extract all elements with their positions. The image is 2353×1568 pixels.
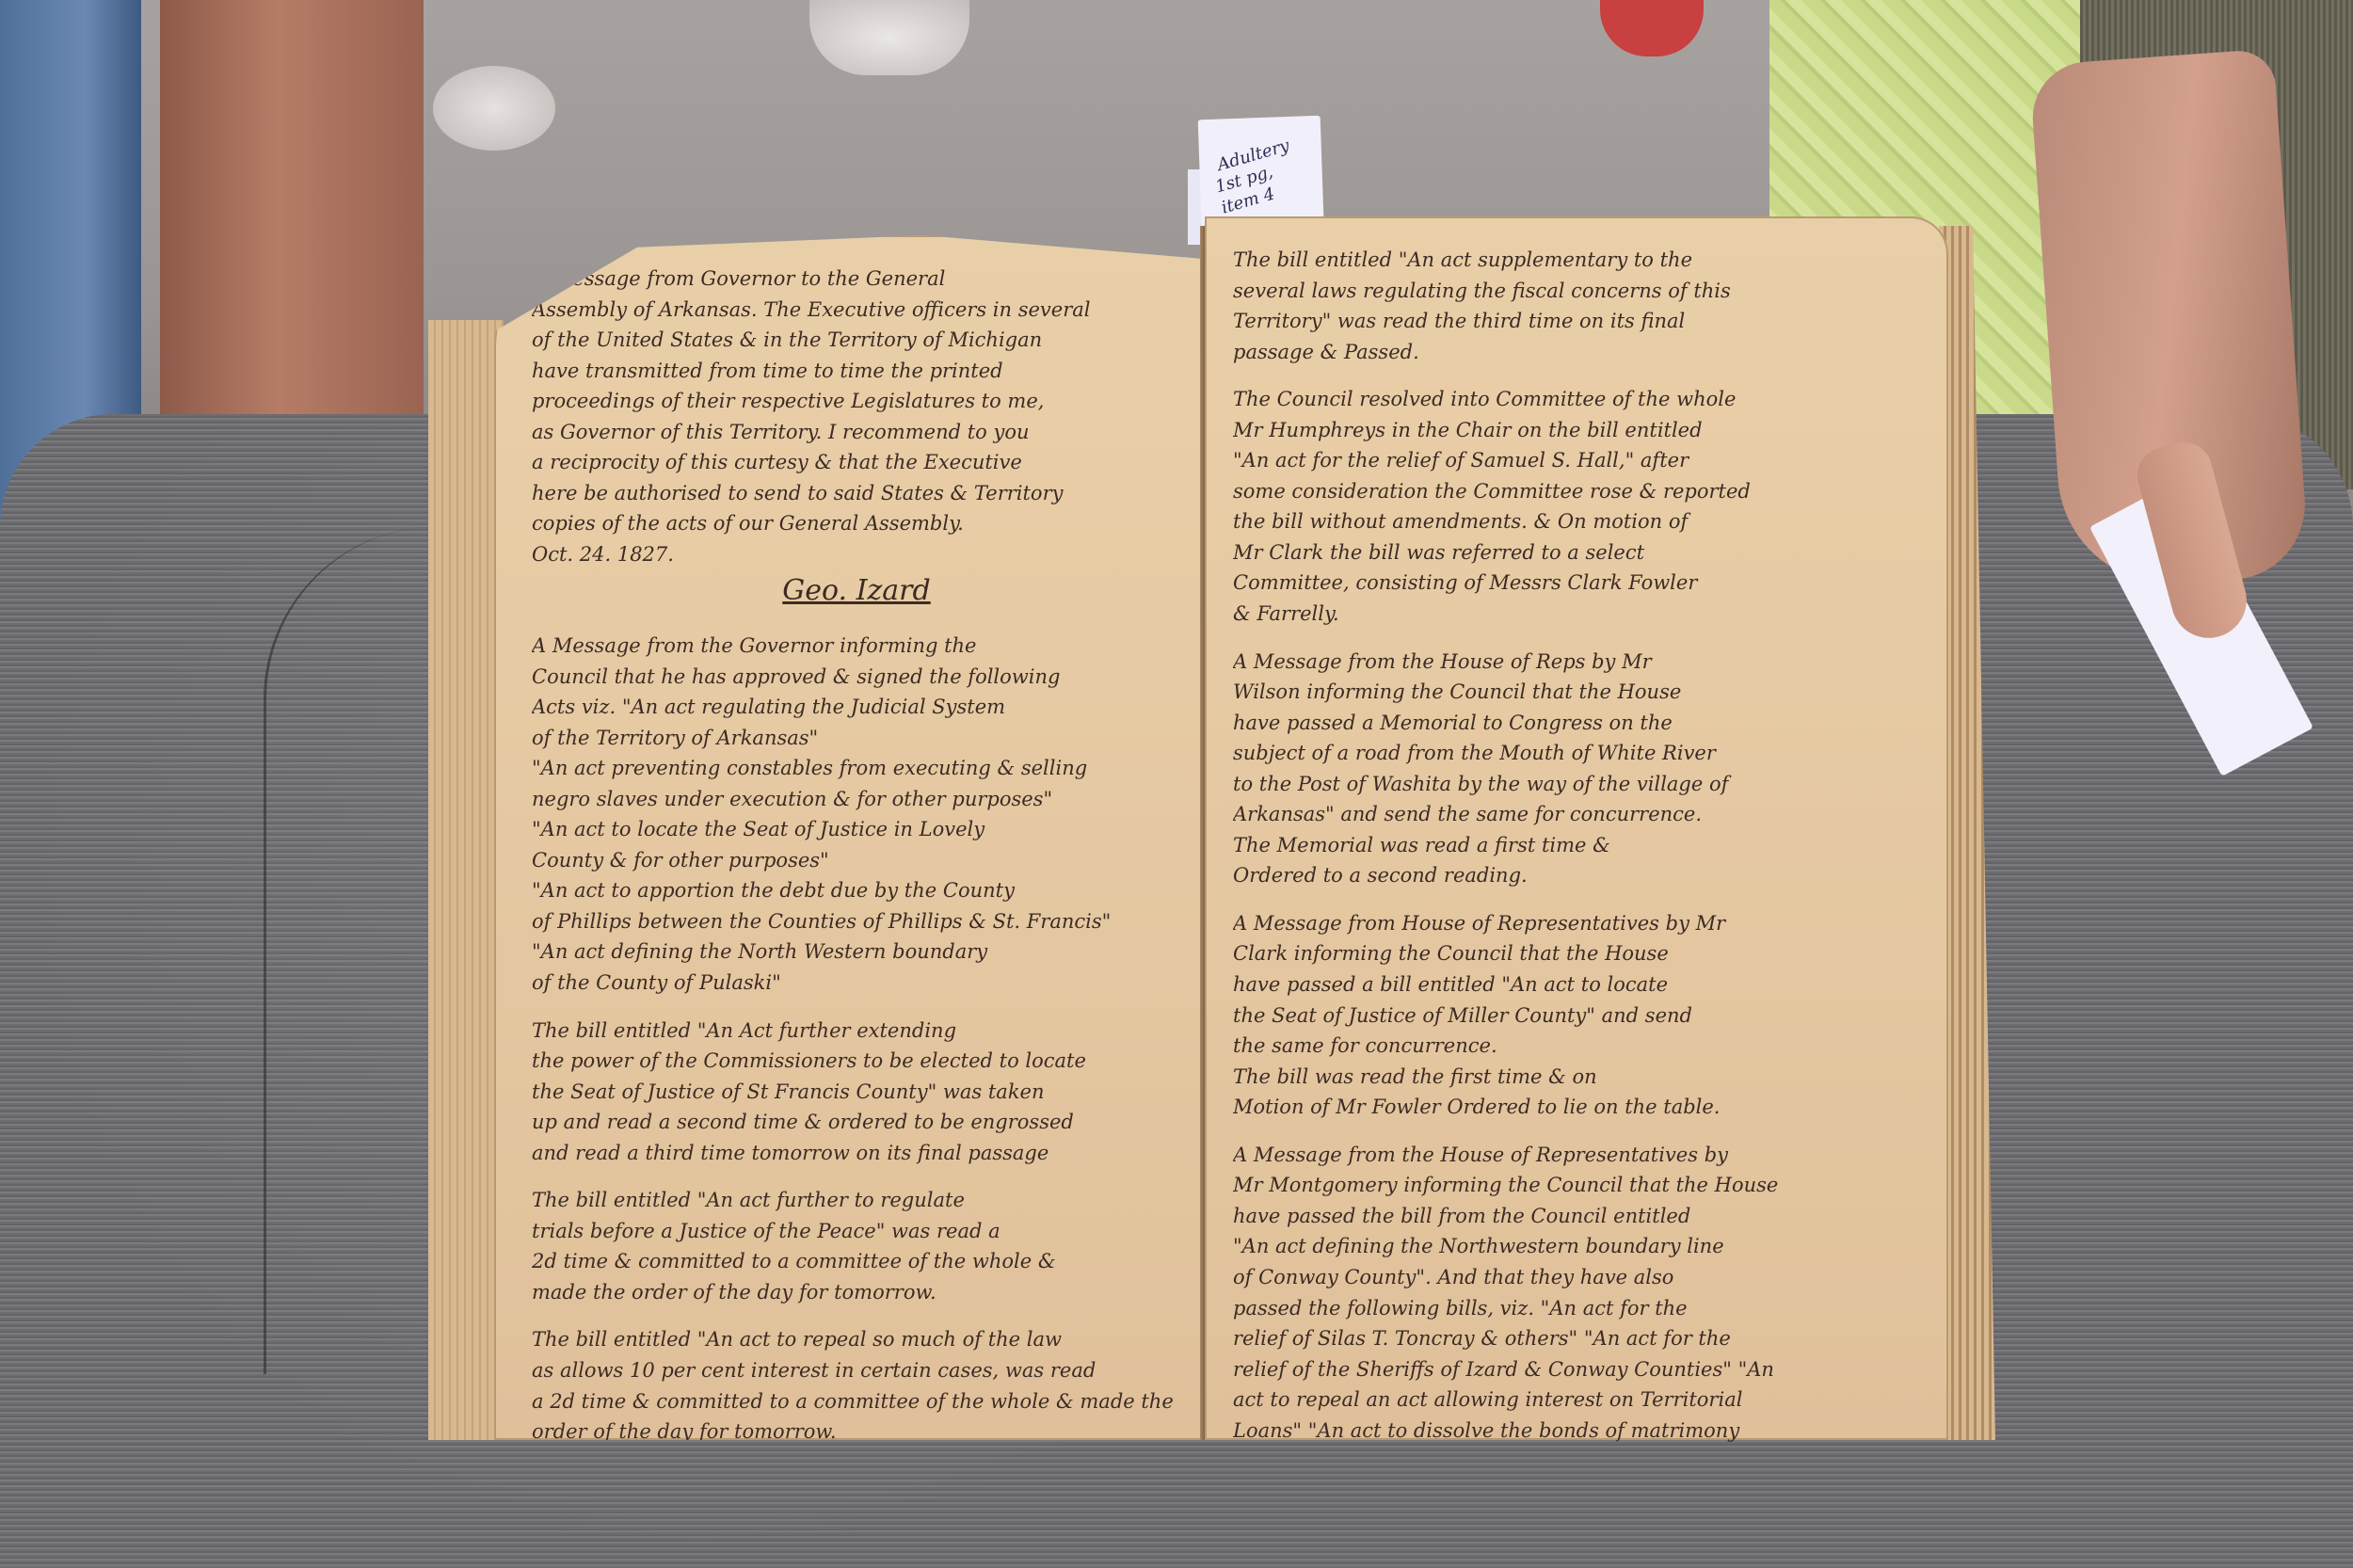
handwritten-line: A Message from the House of Reps by Mr (1233, 647, 1920, 678)
handwritten-line: & Farrelly. (1233, 599, 1920, 630)
handwritten-line: of the United States & in the Territory … (532, 325, 1181, 356)
handwritten-line: act to repeal an act allowing interest o… (1233, 1384, 1920, 1416)
handwritten-line: The bill was read the first time & on (1233, 1062, 1920, 1093)
handwritten-line: the bill without amendments. & On motion… (1233, 506, 1920, 537)
handwritten-line: Ordered to a second reading. (1233, 860, 1920, 891)
handwritten-line: A Message from the Governor informing th… (532, 631, 1181, 662)
handwritten-line: the power of the Commissioners to be ele… (532, 1046, 1181, 1077)
handwritten-line: of the Territory of Arkansas" (532, 723, 1181, 754)
handwritten-line: Mr Clark the bill was referred to a sele… (1233, 537, 1920, 568)
handwritten-line: A Message from House of Representatives … (1233, 908, 1920, 939)
handwritten-line: to the Post of Washita by the way of the… (1233, 769, 1920, 800)
journal-entry: The bill entitled "An act to repeal so m… (532, 1324, 1181, 1447)
handwritten-line: proceedings of their respective Legislat… (532, 386, 1181, 417)
journal-entry: The bill entitled "An act supplementary … (1233, 245, 1920, 367)
journal-entry: The bill entitled "An Act further extend… (532, 1016, 1181, 1169)
handwritten-line: Motion of Mr Fowler Ordered to lie on th… (1233, 1092, 1920, 1123)
handwritten-line: here be authorised to send to said State… (532, 478, 1181, 509)
handwritten-line: the Seat of Justice of St Francis County… (532, 1077, 1181, 1108)
handwritten-line: "An act defining the Northwestern bounda… (1233, 1231, 1920, 1262)
page-edges-left (428, 320, 504, 1440)
handwritten-line: of Phillips between the Counties of Phil… (532, 906, 1181, 937)
handwritten-line: "An act for the relief of Samuel S. Hall… (1233, 445, 1920, 476)
journal-entry: A Message from Governor to the GeneralAs… (532, 264, 1181, 614)
handwritten-line: order of the day for tomorrow. (532, 1416, 1181, 1448)
handwritten-line: Arkansas" and send the same for concurre… (1233, 799, 1920, 830)
handwritten-line: County & for other purposes" (532, 845, 1181, 876)
handwritten-line: Council that he has approved & signed th… (532, 662, 1181, 693)
handwritten-line: Mr Montgomery informing the Council that… (1233, 1170, 1920, 1201)
handwritten-line: Clark informing the Council that the Hou… (1233, 938, 1920, 969)
entry-date: Oct. 24. 1827. (532, 539, 1181, 570)
handwritten-line: Committee, consisting of Messrs Clark Fo… (1233, 568, 1920, 599)
handwritten-line: as allows 10 per cent interest in certai… (532, 1355, 1181, 1386)
shoe-white-2 (809, 0, 969, 75)
handwritten-line: relief of Silas T. Toncray & others" "An… (1233, 1323, 1920, 1354)
handwritten-line: trials before a Justice of the Peace" wa… (532, 1216, 1181, 1247)
open-journal: A Message from Governor to the GeneralAs… (428, 198, 2028, 1449)
handwritten-line: several laws regulating the fiscal conce… (1233, 276, 1920, 307)
journal-entry: The bill entitled "An act further to reg… (532, 1185, 1181, 1307)
handwritten-line: the Seat of Justice of Miller County" an… (1233, 1000, 1920, 1032)
left-page: A Message from Governor to the GeneralAs… (494, 235, 1209, 1440)
handwritten-line: relief of the Sheriffs of Izard & Conway… (1233, 1354, 1920, 1385)
journal-entry: A Message from the Governor informing th… (532, 631, 1181, 999)
handwritten-line: subject of a road from the Mouth of Whit… (1233, 738, 1920, 769)
handwritten-line: a 2d time & committed to a committee of … (532, 1386, 1181, 1417)
handwritten-line: of the County of Pulaski" (532, 968, 1181, 999)
handwritten-line: The Memorial was read a first time & (1233, 830, 1920, 861)
left-page-text: A Message from Governor to the GeneralAs… (532, 264, 1181, 1464)
handwritten-line: as Governor of this Territory. I recomme… (532, 417, 1181, 448)
handwritten-line: Assembly of Arkansas. The Executive offi… (532, 295, 1181, 326)
handwritten-line: negro slaves under execution & for other… (532, 784, 1181, 815)
handwritten-line: up and read a second time & ordered to b… (532, 1107, 1181, 1138)
handwritten-line: passed the following bills, viz. "An act… (1233, 1293, 1920, 1324)
handwritten-line: have passed a bill entitled "An act to l… (1233, 969, 1920, 1000)
handwritten-line: and read a third time tomorrow on its fi… (532, 1138, 1181, 1169)
handwritten-line: the same for concurrence. (1233, 1031, 1920, 1062)
handwritten-line: Wilson informing the Council that the Ho… (1233, 677, 1920, 708)
handwritten-line: 2d time & committed to a committee of th… (532, 1246, 1181, 1277)
handwritten-line: A Message from the House of Representati… (1233, 1140, 1920, 1171)
handwritten-line: a reciprocity of this curtesy & that the… (532, 447, 1181, 478)
handwritten-line: "An act to apportion the debt due by the… (532, 875, 1181, 906)
handwritten-line: A Message from Governor to the General (532, 264, 1181, 295)
handwritten-line: some consideration the Committee rose & … (1233, 476, 1920, 507)
journal-entry: A Message from the House of Reps by MrWi… (1233, 647, 1920, 891)
handwritten-line: have passed a Memorial to Congress on th… (1233, 708, 1920, 739)
handwritten-line: "An act defining the North Western bound… (532, 936, 1181, 968)
journal-entry: A Message from the House of Representati… (1233, 1140, 1920, 1446)
journal-entry: The Council resolved into Committee of t… (1233, 384, 1920, 629)
handwritten-line: The bill entitled "An act further to reg… (532, 1185, 1181, 1216)
handwritten-line: The Council resolved into Committee of t… (1233, 384, 1920, 415)
right-page-text: The bill entitled "An act supplementary … (1233, 245, 1920, 1463)
handwritten-line: passage & Passed. (1233, 337, 1920, 368)
handwritten-line: Mr Humphreys in the Chair on the bill en… (1233, 415, 1920, 446)
handwritten-line: The bill entitled "An act supplementary … (1233, 245, 1920, 276)
handwritten-line: "An act to locate the Seat of Justice in… (532, 814, 1181, 845)
handwritten-line: The bill entitled "An act to repeal so m… (532, 1324, 1181, 1355)
handwritten-line: of Conway County". And that they have al… (1233, 1262, 1920, 1293)
governor-signature: Geo. Izard (532, 569, 1181, 614)
handwritten-line: Acts viz. "An act regulating the Judicia… (532, 692, 1181, 723)
handwritten-line: made the order of the day for tomorrow. (532, 1277, 1181, 1308)
handwritten-line: The bill entitled "An Act further extend… (532, 1016, 1181, 1047)
handwritten-line: have passed the bill from the Council en… (1233, 1201, 1920, 1232)
handwritten-line: Territory" was read the third time on it… (1233, 306, 1920, 337)
right-page: The bill entitled "An act supplementary … (1205, 216, 1948, 1440)
handwritten-line: copies of the acts of our General Assemb… (532, 508, 1181, 539)
shoe-white (433, 66, 555, 151)
handwritten-line: "An act preventing constables from execu… (532, 753, 1181, 784)
handwritten-line: have transmitted from time to time the p… (532, 356, 1181, 387)
handwritten-line: Loans" "An act to dissolve the bonds of … (1233, 1416, 1920, 1447)
journal-entry: A Message from House of Representatives … (1233, 908, 1920, 1123)
cable (264, 527, 436, 1374)
